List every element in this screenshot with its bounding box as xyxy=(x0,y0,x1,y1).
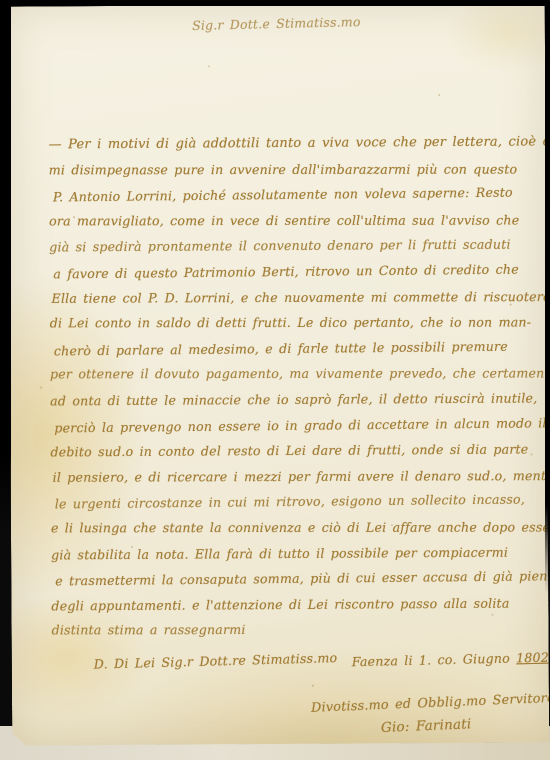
manuscript-line: a favore di questo Patrimonio Berti, rit… xyxy=(53,256,536,287)
letter-paper: Sig.r Dott.e Stimatiss.mo — Per i motivi… xyxy=(8,3,550,745)
scan-edge-right xyxy=(545,0,550,593)
dateline-place-text: Faenza li 1. co. Giugno xyxy=(352,651,510,670)
place-dateline: Faenza li 1. co. Giugno 1802 xyxy=(352,650,550,670)
letter-body: — Per i motivi di già addottili tanto a … xyxy=(49,129,535,644)
manuscript-line: mi disimpegnasse pure in avvenire dall'i… xyxy=(49,156,532,182)
manuscript-line: distinta stima a rassegnarmi xyxy=(52,617,535,643)
manuscript-line: Ella tiene col P. D. Lorrini, e che nuov… xyxy=(51,284,534,311)
manuscript-line: perciò la prevengo non essere io in grad… xyxy=(54,410,537,441)
signature-courtesy-title: Divotiss.mo ed Obblig.mo Servitore xyxy=(311,691,541,715)
scan-edge-top xyxy=(0,0,550,6)
addressee-header: Sig.r Dott.e Stimatiss.mo xyxy=(8,10,545,38)
manuscript-line: il pensiero, e di ricercare i mezzi per … xyxy=(53,463,536,490)
manuscript-line: debito sud.o in conto del resto di Lei d… xyxy=(50,437,533,466)
closing-row: D. Di Lei Sig.r Dott.re Stimatiss.mo Fae… xyxy=(12,651,549,654)
manuscript-line: ad onta di tutte le minaccie che io sapr… xyxy=(50,385,533,414)
signature-name: Gio: Farinati xyxy=(311,713,541,738)
manuscript-line: ora maravigliato, come in vece di sentir… xyxy=(49,207,532,233)
manuscript-line: P. Antonio Lorrini, poiché assolutamente… xyxy=(53,180,536,211)
manuscript-line: di Lei conto in saldo di detti frutti. L… xyxy=(50,310,533,336)
manuscript-line: per ottenere il dovuto pagamento, ma viv… xyxy=(50,361,533,387)
manuscript-line: le urgenti circostanze in cui mi ritrovo… xyxy=(55,487,538,518)
scan-edge-left xyxy=(0,0,11,532)
manuscript-line: — Per i motivi di già addottili tanto a … xyxy=(49,129,532,158)
manuscript-line: già si spedirà prontamente il convenuto … xyxy=(49,232,532,261)
closing-salutation: D. Di Lei Sig.r Dott.re Stimatiss.mo xyxy=(94,650,338,672)
signature-block: Divotiss.mo ed Obblig.mo Servitore Gio: … xyxy=(311,695,541,734)
manuscript-line: e li lusinga che stante la connivenza e … xyxy=(51,514,534,540)
manuscript-line: cherò di parlare al medesimo, e di farle… xyxy=(54,333,537,364)
manuscript-line: degli appuntamenti. e l'attenzione di Le… xyxy=(51,590,534,619)
scanned-letter-page: Sig.r Dott.e Stimatiss.mo — Per i motivi… xyxy=(0,0,550,760)
dateline-year: 1802 xyxy=(516,650,549,666)
manuscript-line: e trasmettermi la consaputa somma, più d… xyxy=(55,563,538,594)
